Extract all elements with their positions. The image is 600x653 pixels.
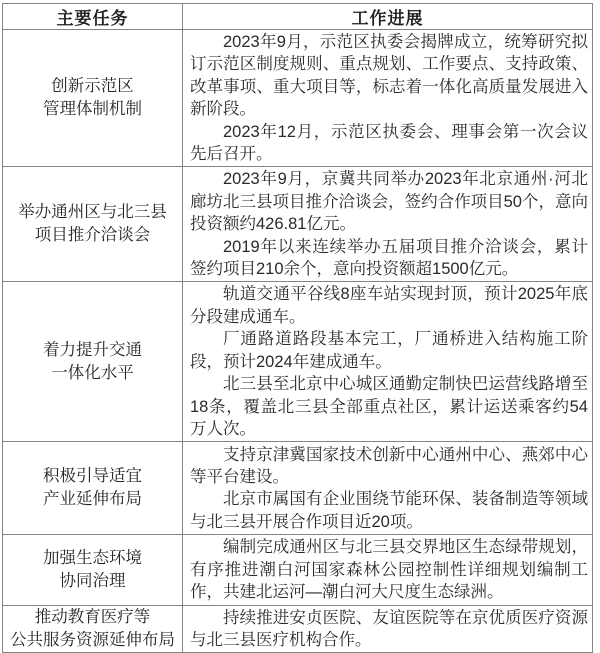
progress-paragraph: 2023年9月，京冀共同举办2023年北京通州·河北廊坊北三县项目推介洽谈会，签… bbox=[190, 168, 588, 235]
task-cell: 加强生态环境 协同治理 bbox=[3, 535, 183, 605]
task-label-line: 推动教育医疗等 bbox=[6, 606, 179, 629]
task-label-line: 协同治理 bbox=[6, 570, 179, 593]
column-header-tasks: 主要任务 bbox=[3, 4, 183, 30]
task-label-line: 公共服务资源延伸布局 bbox=[6, 629, 179, 652]
task-label-line: 一体化水平 bbox=[6, 362, 179, 385]
header-row: 主要任务 工作进展 bbox=[3, 4, 593, 30]
task-label-line: 举办通州区与北三县 bbox=[6, 201, 179, 224]
progress-cell: 编制完成通州区与北三县交界地区生态绿带规划，有序推进潮白河国家森林公园控制性详细… bbox=[183, 535, 593, 605]
table-row: 着力提升交通 一体化水平 轨道交通平谷线8座车站实现封顶，预计2025年底分段建… bbox=[3, 282, 593, 442]
progress-cell: 轨道交通平谷线8座车站实现封顶，预计2025年底分段建成通车。 厂通路道路段基本… bbox=[183, 282, 593, 442]
task-label-line: 管理体制机制 bbox=[6, 98, 179, 121]
task-cell: 创新示范区 管理体制机制 bbox=[3, 30, 183, 167]
task-progress-table: 主要任务 工作进展 创新示范区 管理体制机制 2023年9月，示范区执委会揭牌成… bbox=[2, 3, 593, 653]
progress-paragraph: 北三县至北京中心城区通勤定制快巴运营线路增至18条，覆盖北三县全部重点社区，累计… bbox=[190, 373, 588, 440]
progress-paragraph: 持续推进安贞医院、友谊医院等在京优质医疗资源与北三县医疗机构合作。 bbox=[190, 607, 588, 652]
progress-paragraph: 2023年12月，示范区执委会、理事会第一次会议先后召开。 bbox=[190, 121, 588, 166]
progress-cell: 支持京津冀国家技术创新中心通州中心、燕郊中心等平台建设。 北京市属国有企业围绕节… bbox=[183, 442, 593, 535]
progress-paragraph: 编制完成通州区与北三县交界地区生态绿带规划，有序推进潮白河国家森林公园控制性详细… bbox=[190, 536, 588, 603]
table-row: 推动教育医疗等 公共服务资源延伸布局 持续推进安贞医院、友谊医院等在京优质医疗资… bbox=[3, 605, 593, 653]
table-row: 加强生态环境 协同治理 编制完成通州区与北三县交界地区生态绿带规划，有序推进潮白… bbox=[3, 535, 593, 605]
progress-paragraph: 北京市属国有企业围绕节能环保、装备制造等领域与北三县开展合作项目近20项。 bbox=[190, 488, 588, 533]
progress-cell: 持续推进安贞医院、友谊医院等在京优质医疗资源与北三县医疗机构合作。 bbox=[183, 605, 593, 653]
progress-paragraph: 厂通路道路段基本完工，厂通桥进入结构施工阶段，预计2024年建成通车。 bbox=[190, 328, 588, 373]
task-label-line: 积极引导适宜 bbox=[6, 465, 179, 488]
task-label-line: 着力提升交通 bbox=[6, 339, 179, 362]
task-cell: 推动教育医疗等 公共服务资源延伸布局 bbox=[3, 605, 183, 653]
progress-cell: 2023年9月，京冀共同举办2023年北京通州·河北廊坊北三县项目推介洽谈会，签… bbox=[183, 167, 593, 282]
column-header-progress: 工作进展 bbox=[183, 4, 593, 30]
task-label-line: 产业延伸布局 bbox=[6, 488, 179, 511]
task-cell: 着力提升交通 一体化水平 bbox=[3, 282, 183, 442]
task-cell: 积极引导适宜 产业延伸布局 bbox=[3, 442, 183, 535]
task-label-line: 创新示范区 bbox=[6, 75, 179, 98]
progress-cell: 2023年9月，示范区执委会揭牌成立，统筹研究拟订示范区制度规则、重点规划、工作… bbox=[183, 30, 593, 167]
table-row: 举办通州区与北三县 项目推介洽谈会 2023年9月，京冀共同举办2023年北京通… bbox=[3, 167, 593, 282]
progress-paragraph: 支持京津冀国家技术创新中心通州中心、燕郊中心等平台建设。 bbox=[190, 444, 588, 489]
task-cell: 举办通州区与北三县 项目推介洽谈会 bbox=[3, 167, 183, 282]
progress-paragraph: 2019年以来连续举办五届项目推介洽谈会，累计签约项目210余个，意向投资额超1… bbox=[190, 236, 588, 281]
task-label-line: 加强生态环境 bbox=[6, 547, 179, 570]
task-label-line: 项目推介洽谈会 bbox=[6, 224, 179, 247]
table-row: 积极引导适宜 产业延伸布局 支持京津冀国家技术创新中心通州中心、燕郊中心等平台建… bbox=[3, 442, 593, 535]
progress-paragraph: 2023年9月，示范区执委会揭牌成立，统筹研究拟订示范区制度规则、重点规划、工作… bbox=[190, 31, 588, 121]
progress-paragraph: 轨道交通平谷线8座车站实现封顶，预计2025年底分段建成通车。 bbox=[190, 283, 588, 328]
table-row: 创新示范区 管理体制机制 2023年9月，示范区执委会揭牌成立，统筹研究拟订示范… bbox=[3, 30, 593, 167]
